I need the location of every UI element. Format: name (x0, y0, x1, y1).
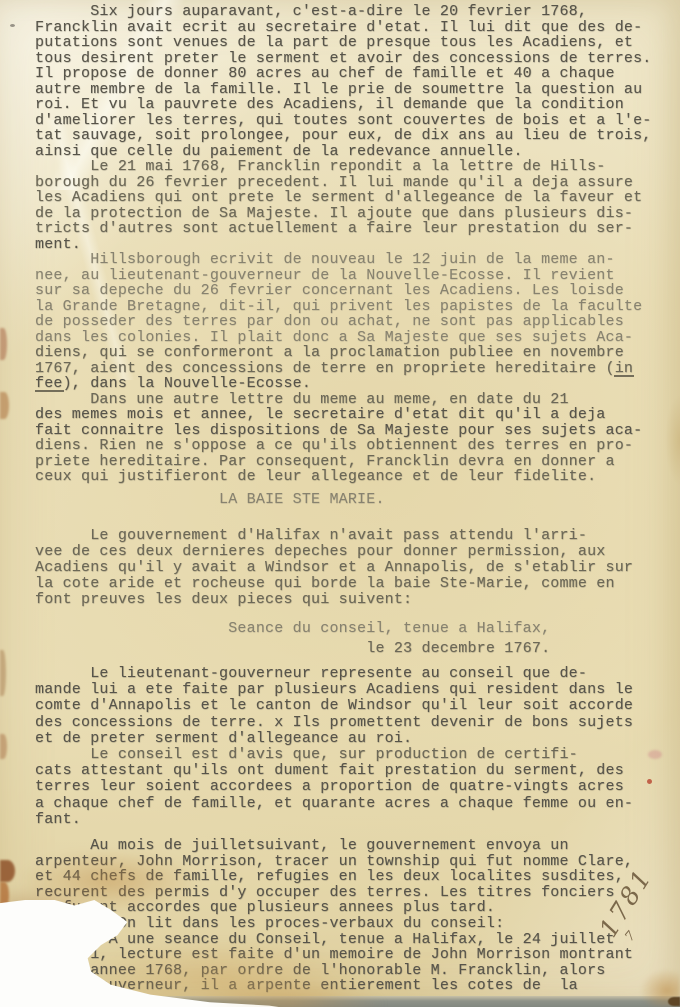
text-line: la Grande Bretagne, dit-il, qui privent … (35, 299, 652, 315)
left-edge-stain (0, 328, 7, 360)
pencil-dot-mark (10, 24, 15, 27)
text-line: des concessions de terre. x Ils promette… (35, 715, 633, 731)
text-line: Six jours auparavant, c'est-a-dire le 20… (35, 4, 652, 20)
text-line: Le conseil est d'avis que, sur productio… (35, 747, 633, 763)
red-ink-dot (647, 779, 652, 784)
text-line: Le 21 mai 1768, Francklin repondit a la … (35, 159, 652, 175)
text-line: roi. Et vu la pauvrete des Acadiens, il … (35, 97, 652, 113)
paragraph-halifax-permission: Le gouvernement d'Halifax n'avait pass a… (35, 528, 633, 608)
text-line: la cote aride et rocheuse qui borde la b… (35, 576, 633, 592)
text-line: a chaque chef de famille, et quarante ac… (35, 796, 633, 812)
right-edge-stain (655, 380, 680, 500)
text-line: ainsi que celle du paiement de la redeva… (35, 144, 652, 160)
text-line: dans les colonies. Il plait donc a Sa Ma… (35, 330, 652, 346)
underline-in (614, 375, 634, 377)
left-edge-stain (0, 392, 9, 419)
left-edge-stain (0, 734, 7, 759)
text-line: cats attestant qu'ils ont dument fait pr… (35, 763, 633, 779)
text-line: Le gouvernement d'Halifax n'avait pass a… (35, 528, 633, 544)
pink-smudge-stain (648, 750, 662, 759)
section-heading-baie-ste-marie: LA BAIE STE MARIE. (35, 492, 385, 508)
text-line: Dans une autre lettre du meme au meme, e… (35, 392, 652, 408)
text-line: font preuves les deux pieces qui suivent… (35, 592, 633, 608)
text-line: fee), dans la Nouvelle-Ecosse. (35, 376, 652, 392)
text-line: priete hereditaire. Par consequent, Fran… (35, 454, 652, 470)
text-line: fait connaitre les dispositions de Sa Ma… (35, 423, 652, 439)
underline-fee (35, 390, 64, 392)
text-line: borough du 26 fevrier precedent. Il lui … (35, 175, 652, 191)
text-line: ment. (35, 237, 652, 253)
left-edge-stain (0, 650, 6, 696)
text-line: sur sa depeche du 26 fevrier concernant … (35, 283, 652, 299)
text-line: tat sauvage, soit prolongee, pour eux, d… (35, 128, 652, 144)
text-line: mande lui a ete faite par plusieurs Acad… (35, 682, 633, 698)
text-line: diens, qui se conformeront a la proclama… (35, 345, 652, 361)
text-line: Hillsborough ecrivit de nouveau le 12 ju… (35, 252, 652, 268)
text-line: LA BAIE STE MARIE. (35, 492, 385, 508)
text-line: et de preter serment d'allegeance au roi… (35, 731, 633, 747)
text-line: terres leur soient accordees a proportio… (35, 779, 633, 795)
text-line: diens. Rien ne s'oppose a ce qu'ils obti… (35, 438, 652, 454)
text-line: ceux qui justifieront de leur allegeance… (35, 469, 652, 485)
paragraphs-francklin-hillsborough: Six jours auparavant, c'est-a-dire le 20… (35, 4, 652, 485)
paragraph-council-minutes-1767: Le lieutenant-gouverneur represente au c… (35, 666, 633, 828)
text-line: comte d'Annapolis et le canton de Windso… (35, 698, 633, 714)
text-line: Le lieutenant-gouverneur represente au c… (35, 666, 633, 682)
text-line: vee de ces deux dernieres depeches pour … (35, 544, 633, 560)
text-line: le 23 decembre 1767. (35, 639, 550, 659)
text-line: de la protection de Sa Majeste. Il ajout… (35, 206, 652, 222)
bottom-right-dark-spot (668, 997, 680, 1006)
seance-dateline: Seance du conseil, tenue a Halifax, le 2… (35, 619, 550, 659)
text-line: les Acadiens qui ont prete le serment d'… (35, 190, 652, 206)
text-line: Acadiens qu'il y avait a Windsor et a An… (35, 560, 633, 576)
text-line: fant. (35, 812, 633, 828)
text-line: Il propose de donner 80 acres au chef de… (35, 66, 652, 82)
text-line: de posseder des terres par don ou achat,… (35, 314, 652, 330)
text-line: tricts d'autres sont actuellement a fair… (35, 221, 652, 237)
text-line: des memes mois et annee, le secretaire d… (35, 407, 652, 423)
text-line: autre membre de la famille. Il le prie d… (35, 82, 652, 98)
text-line: 1767, aient des concessions de terre en … (35, 361, 652, 377)
text-line: putations sont venues de la part de pres… (35, 35, 652, 51)
text-line: tous desirent preter le serment et avoir… (35, 51, 652, 67)
document-page: Six jours auparavant, c'est-a-dire le 20… (0, 0, 680, 1007)
text-line: Seance du conseil, tenue a Halifax, (35, 619, 550, 639)
text-line: nee, au lieutenant-gouverneur de la Nouv… (35, 268, 652, 284)
tear-edge-fragment (0, 860, 15, 882)
text-line: Francklin avait ecrit au secretaire d'et… (35, 20, 652, 36)
text-line: d'ameliorer les terres, qui toutes sont … (35, 113, 652, 129)
